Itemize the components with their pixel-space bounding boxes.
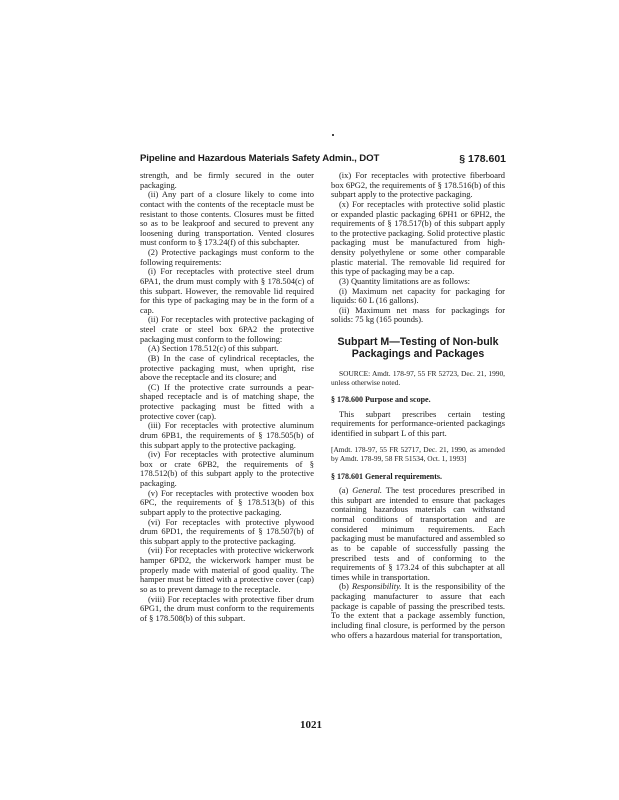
header-agency-title: Pipeline and Hazardous Materials Safety …	[140, 153, 379, 164]
scan-mark	[332, 134, 334, 136]
paragraph-responsibility: (b) Responsibility. It is the responsibi…	[331, 582, 505, 640]
paragraph: (ii) Maximum net mass for packagings for…	[331, 306, 505, 325]
paragraph: (ix) For receptacles with protective fib…	[331, 171, 505, 200]
header-section-number: § 178.601	[459, 153, 506, 165]
paragraph: (vii) For receptacles with protective wi…	[140, 546, 314, 594]
paragraph: (B) In the case of cylindrical receptacl…	[140, 354, 314, 383]
paragraph: (viii) For receptacles with protective f…	[140, 595, 314, 624]
paragraph: This subpart prescribes certain testing …	[331, 410, 505, 439]
paragraph: (ii) For receptacles with protective pac…	[140, 315, 314, 344]
paragraph-label: (a)	[339, 485, 352, 495]
running-header: Pipeline and Hazardous Materials Safety …	[140, 153, 506, 167]
paragraph: (2) Protective packagings must conform t…	[140, 248, 314, 267]
source-note: SOURCE: Amdt. 178-97, 55 FR 52723, Dec. …	[331, 369, 505, 387]
paragraph: (iii) For receptacles with protective al…	[140, 421, 314, 450]
paragraph-body: The test procedures prescribed in this s…	[331, 485, 505, 582]
page-number: 1021	[300, 719, 322, 731]
amendment-note: [Amdt. 178-97, 55 FR 52717, Dec. 21, 199…	[331, 445, 505, 463]
subpart-heading-line2: Packagings and Packages	[331, 348, 505, 360]
section-heading-178-600: § 178.600 Purpose and scope.	[331, 395, 505, 405]
section-heading-178-601: § 178.601 General requirements.	[331, 472, 505, 482]
paragraph: (i) Maximum net capacity for packaging f…	[331, 287, 505, 306]
left-column: strength, and be firmly secured in the o…	[140, 171, 314, 623]
paragraph-italic-heading: Responsibility.	[352, 581, 401, 591]
paragraph: (v) For receptacles with protective wood…	[140, 489, 314, 518]
paragraph: (x) For receptacles with protective soli…	[331, 200, 505, 277]
paragraph-label: (b)	[339, 581, 352, 591]
right-column: (ix) For receptacles with protective fib…	[331, 171, 505, 640]
paragraph-general: (a) General. The test procedures prescri…	[331, 486, 505, 582]
paragraph-body: It is the responsibility of the packagin…	[331, 581, 505, 639]
paragraph: (vi) For receptacles with protective ply…	[140, 518, 314, 547]
paragraph: (ii) Any part of a closure likely to com…	[140, 190, 314, 248]
subpart-heading: Subpart M—Testing of Non-bulk Packagings…	[331, 336, 505, 360]
paragraph-italic-heading: General.	[352, 485, 382, 495]
paragraph: (iv) For receptacles with protective alu…	[140, 450, 314, 489]
paragraph: (C) If the protective crate surrounds a …	[140, 383, 314, 422]
subpart-heading-line1: Subpart M—Testing of Non-bulk	[331, 336, 505, 348]
paragraph: (i) For receptacles with protective stee…	[140, 267, 314, 315]
paragraph: strength, and be firmly secured in the o…	[140, 171, 314, 190]
